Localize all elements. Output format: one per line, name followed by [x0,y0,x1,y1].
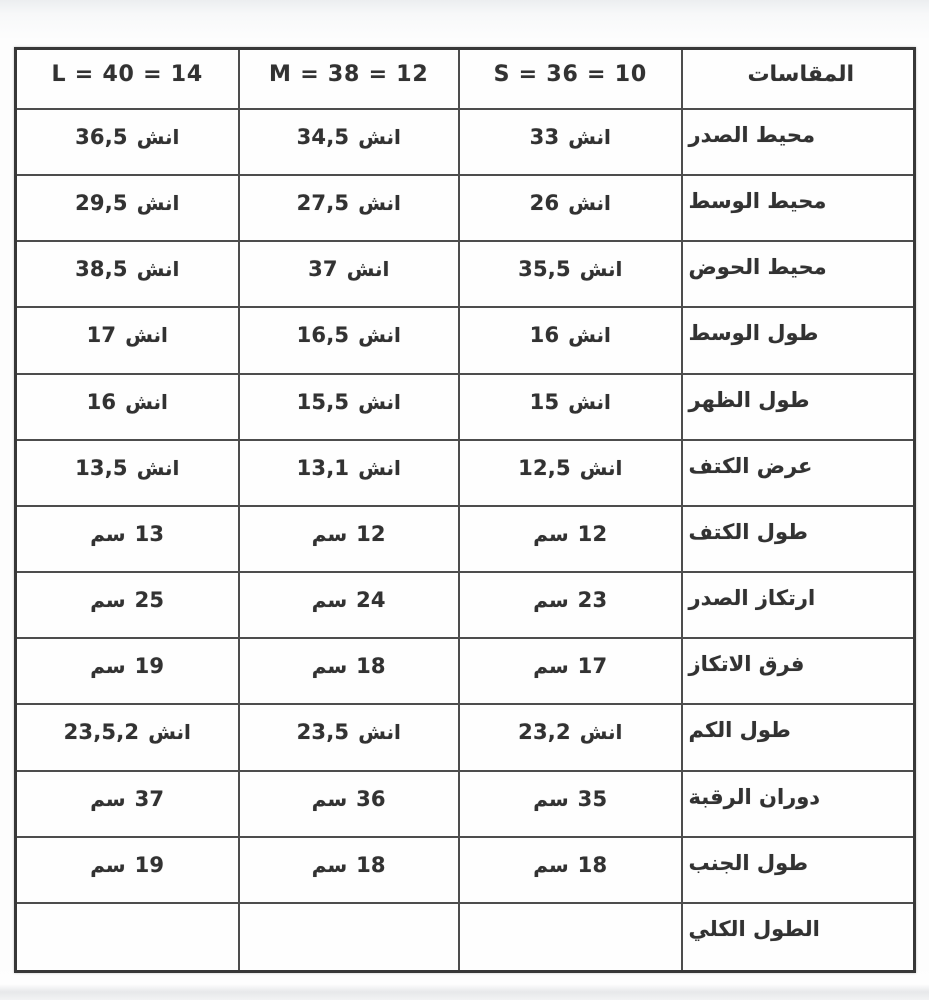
cell-number: 23,5 [297,720,350,744]
cell-unit: انش [125,390,168,414]
table-cell: 36,5 انش [17,110,240,176]
cell-unit: انش [568,191,611,215]
cell-unit: انش [580,257,623,281]
cell-number: 16,5 [297,323,350,347]
cell-unit: انش [568,125,611,149]
cell-unit: سم [90,787,125,811]
cell-number: 35 [578,787,608,811]
table-cell [460,904,683,970]
cell-number: 19 [135,654,165,678]
cell-number: 25 [135,588,165,612]
cell-number: 35,5 [518,257,571,281]
cell-number: 29,5 [75,191,128,215]
row-label: دوران الرقبة [683,772,913,838]
cell-number: 38,5 [75,257,128,281]
cell-unit: انش [137,191,180,215]
cell-number: 33 [530,125,560,149]
row-label: طول الكم [683,705,913,771]
table-cell: 16,5 انش [240,308,461,374]
row-label: طول الظهر [683,375,913,441]
table-cell [240,904,461,970]
cell-unit: انش [568,323,611,347]
cell-unit: سم [533,787,568,811]
table-cell: 25 سم [17,573,240,639]
table-cell: 15 انش [460,375,683,441]
table-cell: 16 انش [17,375,240,441]
cell-unit: سم [90,522,125,546]
cell-unit: انش [358,456,401,480]
table-cell: 23,5 انش [240,705,461,771]
table-cell [17,904,240,970]
cell-number: 37 [135,787,165,811]
cell-number: 36 [356,787,386,811]
cell-number: 26 [530,191,560,215]
cell-unit: سم [312,654,347,678]
table-cell: 33 انش [460,110,683,176]
cell-number: 24 [356,588,386,612]
cell-number: 36,5 [75,125,128,149]
table-cell: 37 سم [17,772,240,838]
table-cell: 15,5 انش [240,375,461,441]
table-cell: 34,5 انش [240,110,461,176]
cell-number: 13,5 [75,456,128,480]
cell-unit: سم [90,588,125,612]
cell-number: 18 [356,654,386,678]
table-cell: 18 سم [240,838,461,904]
cell-number: 37 [308,257,338,281]
cell-number: 19 [135,853,165,877]
table-cell: 12,5 انش [460,441,683,507]
cell-number: 16 [87,390,117,414]
table-cell: 18 سم [240,639,461,705]
cell-number: 18 [578,853,608,877]
cell-unit: انش [358,191,401,215]
cell-number: 34,5 [297,125,350,149]
cell-unit: انش [137,125,180,149]
table-cell: 35 سم [460,772,683,838]
table-cell: 13,5 انش [17,441,240,507]
table-cell: 29,5 انش [17,176,240,242]
row-label: طول الوسط [683,308,913,374]
cell-unit: انش [568,390,611,414]
table-cell: 12 سم [240,507,461,573]
cell-number: 12 [578,522,608,546]
size-chart-table: L = 40 = 14 M = 38 = 12 S = 36 = 10 المق… [14,47,916,973]
table-cell: 23,2 انش [460,705,683,771]
table-cell: 16 انش [460,308,683,374]
row-label: ارتكاز الصدر [683,573,913,639]
table-cell: 13,1 انش [240,441,461,507]
cell-unit: سم [533,522,568,546]
cell-number: 23 [578,588,608,612]
table-cell: 17 انش [17,308,240,374]
cell-unit: سم [90,853,125,877]
table-cell: 19 سم [17,639,240,705]
cell-unit: سم [312,522,347,546]
cell-unit: انش [358,125,401,149]
row-label: محيط الصدر [683,110,913,176]
row-label: فرق الاتكاز [683,639,913,705]
cell-number: 12,5 [518,456,571,480]
cell-number: 23,5,2 [64,720,140,744]
cell-number: 27,5 [297,191,350,215]
table-cell: 37 انش [240,242,461,308]
row-label: طول الكتف [683,507,913,573]
cell-unit: سم [90,654,125,678]
table-cell: 19 سم [17,838,240,904]
cell-unit: سم [312,853,347,877]
cell-number: 13 [135,522,165,546]
table-cell: 23 سم [460,573,683,639]
cell-number: 23,2 [518,720,571,744]
cell-unit: انش [347,257,390,281]
cell-number: 17 [578,654,608,678]
header-cell-measurements: المقاسات [683,50,913,110]
cell-unit: سم [312,588,347,612]
table-cell: 24 سم [240,573,461,639]
cell-number: 18 [356,853,386,877]
table-cell: 36 سم [240,772,461,838]
table-cell: 23,5,2 انش [17,705,240,771]
header-cell-size-m: M = 38 = 12 [240,50,461,110]
cell-unit: انش [137,257,180,281]
cell-unit: انش [358,323,401,347]
cell-unit: انش [125,323,168,347]
cell-unit: انش [358,390,401,414]
cell-unit: سم [533,654,568,678]
row-label: الطول الكلي [683,904,913,970]
cell-unit: انش [137,456,180,480]
table-cell: 35,5 انش [460,242,683,308]
row-label: محيط الوسط [683,176,913,242]
table-cell: 12 سم [460,507,683,573]
cell-number: 15 [530,390,560,414]
table-cell: 38,5 انش [17,242,240,308]
cell-unit: سم [533,588,568,612]
cell-number: 15,5 [297,390,350,414]
cell-number: 17 [87,323,117,347]
cell-unit: سم [312,787,347,811]
table-cell: 13 سم [17,507,240,573]
table-cell: 18 سم [460,838,683,904]
cell-unit: انش [580,720,623,744]
cell-unit: انش [148,720,191,744]
table-cell: 26 انش [460,176,683,242]
cell-unit: سم [533,853,568,877]
row-label: طول الجنب [683,838,913,904]
row-label: محيط الحوض [683,242,913,308]
header-cell-size-s: S = 36 = 10 [460,50,683,110]
cell-number: 16 [530,323,560,347]
cell-number: 13,1 [297,456,350,480]
cell-number: 12 [356,522,386,546]
cell-unit: انش [358,720,401,744]
table-cell: 27,5 انش [240,176,461,242]
table-cell: 17 سم [460,639,683,705]
header-cell-size-l: L = 40 = 14 [17,50,240,110]
cell-unit: انش [580,456,623,480]
row-label: عرض الكتف [683,441,913,507]
